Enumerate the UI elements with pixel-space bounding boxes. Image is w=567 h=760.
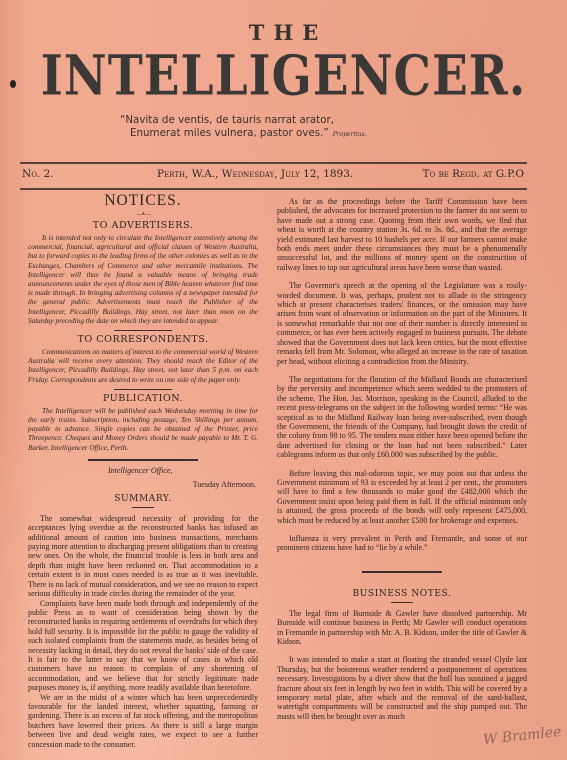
left-column: NOTICES. —•— TO ADVERTISERS. It is inten… (28, 192, 258, 749)
masthead-rule-bottom (20, 188, 527, 190)
motto-attribution: Propertius. (333, 131, 367, 138)
business-notes-heading: BUSINESS NOTES. (277, 589, 527, 599)
notices-heading: NOTICES. (28, 192, 258, 210)
masthead-rule-top (20, 162, 527, 164)
correspondents-text: Communications on matters of interest to… (28, 348, 258, 385)
correspondents-heading: TO CORRESPONDENTS. (28, 334, 258, 345)
section-divider-thick (362, 571, 442, 573)
motto-line-2-wrap: Enumerat miles vulnera, pastor oves.”Pro… (120, 127, 480, 141)
day-line: Tuesday Afternoon. (28, 480, 256, 490)
article-paragraph: The negotiations for the flotation of th… (277, 375, 527, 460)
handwritten-signature: W Bramlee (482, 724, 562, 748)
business-paragraph: It was intended to make a start at float… (277, 655, 527, 721)
motto: “Navita de ventis, de tauris narrat arat… (120, 114, 480, 141)
office-line: Intelligencer Office, (28, 466, 258, 476)
summary-paragraph: Complaints have been made both through a… (28, 599, 258, 693)
heading-underline (132, 507, 154, 508)
motto-line-1: “Navita de ventis, de tauris narrat arat… (120, 114, 480, 127)
article-paragraph: As far as the proceedings before the Tar… (277, 197, 527, 272)
right-column: As far as the proceedings before the Tar… (277, 192, 527, 721)
publication-heading: PUBLICATION. (28, 393, 258, 404)
business-paragraph: The legal firm of Burnside & Gawler have… (277, 609, 527, 647)
advertisers-heading: TO ADVERTISERS. (28, 220, 258, 231)
advertisers-text: It is intended not only to circulate the… (28, 234, 258, 326)
newspaper-page: THE INTELLIGENCER. “Navita de ventis, de… (0, 0, 567, 760)
article-paragraph: Influenza is very prevalent in Perth and… (277, 534, 527, 553)
registration-note: To be Regd. at G.P.O (423, 168, 524, 180)
heading-underline (391, 602, 413, 603)
publication-text: The Intelligencer will be published each… (28, 407, 258, 453)
section-divider-thick (88, 459, 198, 461)
newspaper-title: INTELLIGENCER. (0, 44, 567, 109)
section-divider (114, 330, 172, 331)
section-divider (114, 389, 172, 390)
dateline: No. 2. Perth, W.A., Wednesday, July 12, … (20, 168, 527, 184)
article-paragraph: Before leaving this mal-odorous topic, w… (277, 469, 527, 525)
summary-paragraph: The somewhat widespread necessity of pro… (28, 514, 258, 599)
place-and-date: Perth, W.A., Wednesday, July 12, 1893. (157, 168, 353, 180)
article-paragraph: The Governor's speech at the opening of … (277, 281, 527, 366)
issue-number: No. 2. (22, 168, 54, 180)
summary-paragraph: We are in the midst of a winter which ha… (28, 693, 258, 749)
summary-heading: SUMMARY. (28, 494, 258, 504)
motto-line-2: Enumerat miles vulnera, pastor oves.” (130, 127, 329, 139)
ornament-divider: —•— (28, 210, 258, 218)
masthead-the: THE (0, 20, 567, 45)
